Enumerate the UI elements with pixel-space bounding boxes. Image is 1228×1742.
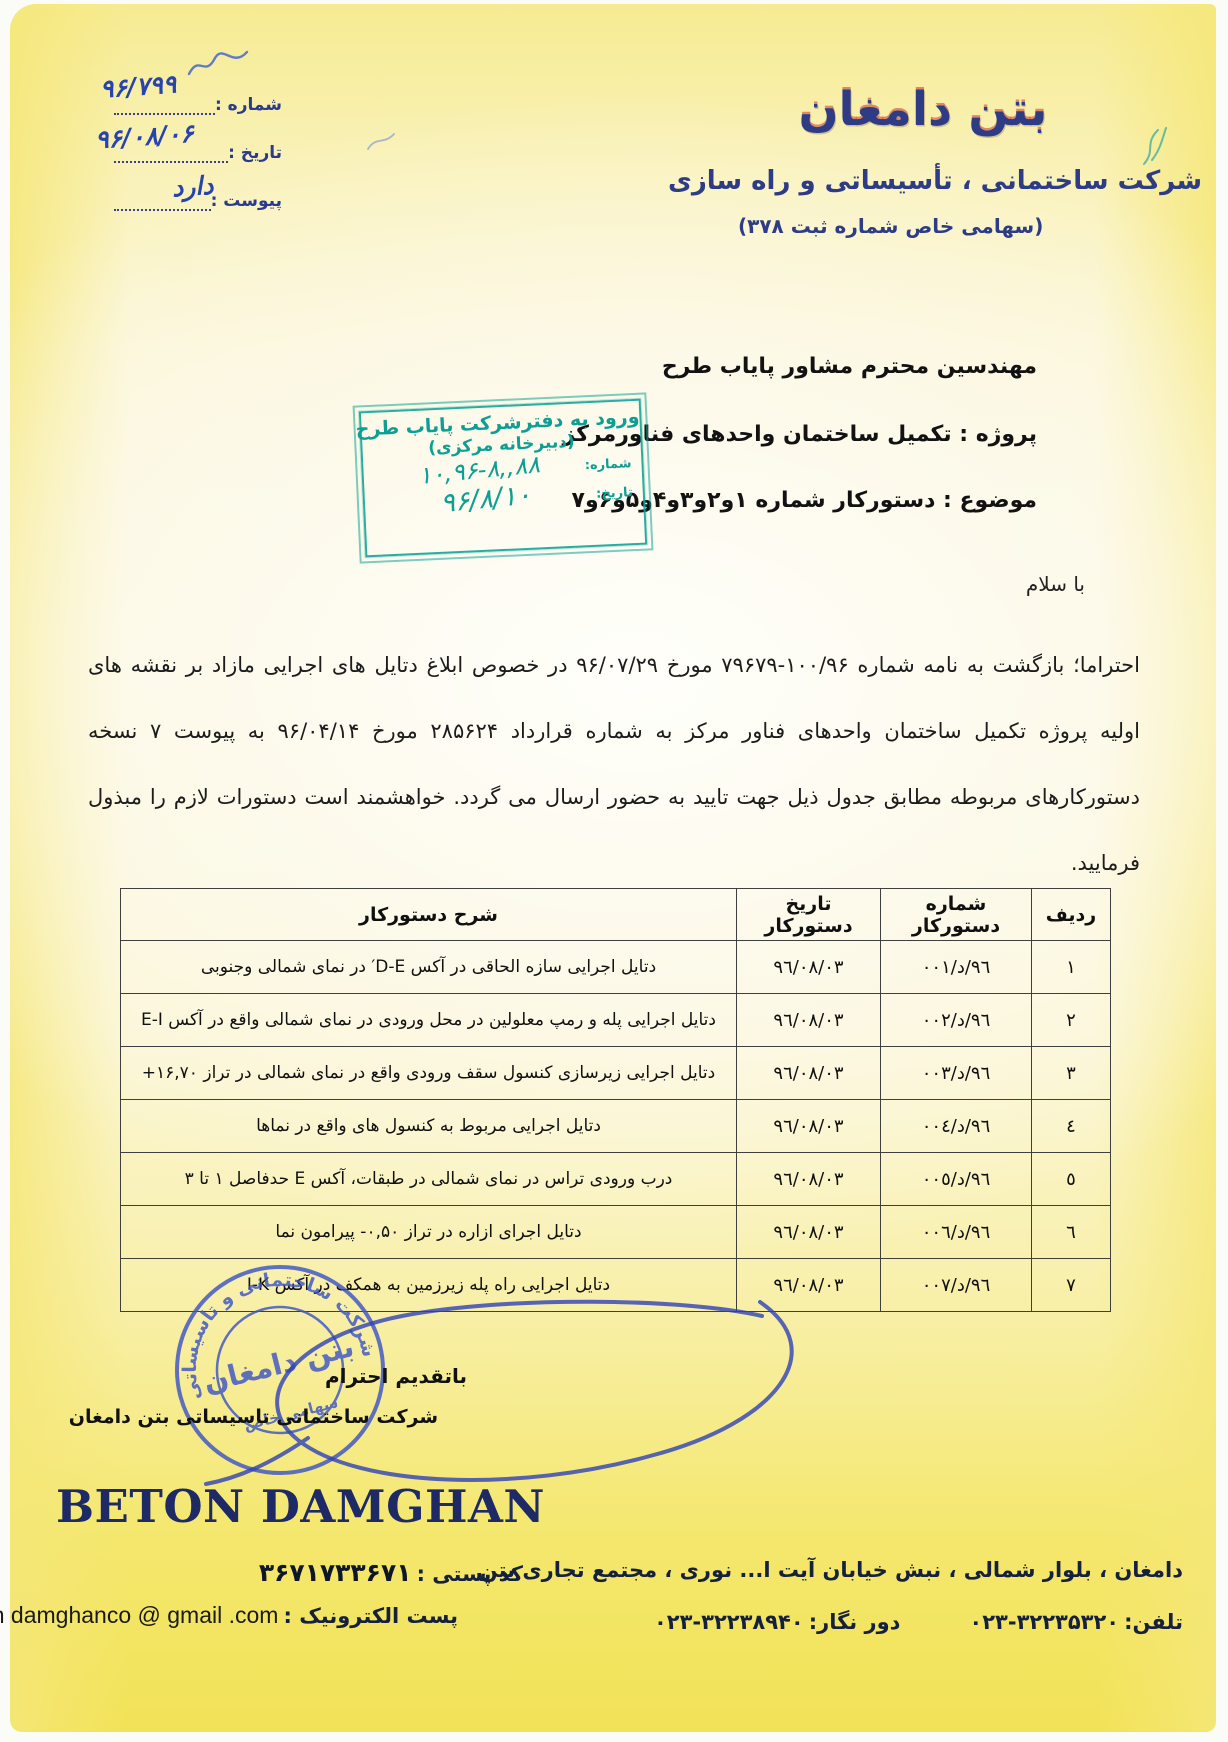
cell-order-date: ٩٦/٠٨/٠٣	[737, 1153, 881, 1206]
cell-order-number: ٩٦/د/٠٠٧	[881, 1259, 1032, 1312]
footer-email-value: Beton damghanco @ gmail .com	[0, 1602, 278, 1628]
work-orders-table: ردیف شماره دستورکار تاریخ دستورکار شرح د…	[120, 888, 1111, 1311]
letter-number-dotted-line	[114, 100, 215, 115]
cell-order-desc: دتایل اجرای ازاره در تراز ۰,۵۰- پیرامون …	[121, 1206, 737, 1259]
company-registration: (سهامی خاص شماره ثبت ۳۷۸)	[738, 214, 1028, 238]
cell-order-desc: دتایل اجرایی زیرسازی کنسول سقف ورودی واق…	[121, 1047, 737, 1100]
letter-date-label: تاریخ :	[228, 143, 282, 163]
table-row: ٤ ٩٦/د/٠٠٤ ٩٦/٠٨/٠٣ دتایل اجرایی مربوط ب…	[121, 1100, 1111, 1153]
brand-latin-title: BETON DAMGHAN	[56, 1480, 545, 1533]
footer-phone-fax-row: تلفن:۰۲۳-۳۲۲۳۵۳۲۰ دور نگار:۰۲۳-۳۲۲۳۸۹۴۰	[500, 1610, 1183, 1634]
entry-stamp-date-label: تاریخ:	[596, 485, 633, 502]
closing-company-line: شرکت ساختمانی تاسیساتی بتن دامغان	[108, 1406, 438, 1428]
company-type-subtitle: شرکت ساختمانی ، تأسیساتی و راه سازی	[668, 166, 1098, 196]
recipient-line: مهندسین محترم مشاور پایاب طرح	[477, 354, 1037, 379]
cell-order-desc: دتایل اجرایی سازه الحاقی در آکس D-E′ در …	[121, 941, 737, 994]
cell-order-number: ٩٦/د/٠٠٤	[881, 1100, 1032, 1153]
cell-order-date: ٩٦/٠٨/٠٣	[737, 1100, 881, 1153]
cell-order-number: ٩٦/د/٠٠٢	[881, 994, 1032, 1047]
cell-row-number: ٢	[1032, 994, 1111, 1047]
footer-phone-value: ۰۲۳-۳۲۲۳۵۳۲۰	[964, 1610, 1124, 1634]
body-paragraph: احتراما؛ بازگشت به نامه شماره ۱۰۰/۹۶-۷۹۶…	[88, 632, 1140, 896]
table-row: ٥ ٩٦/د/٠٠٥ ٩٦/٠٨/٠٣ درب ورودی تراس در نم…	[121, 1153, 1111, 1206]
table-row: ٢ ٩٦/د/٠٠٢ ٩٦/٠٨/٠٣ دتایل اجرایی پله و ر…	[121, 994, 1111, 1047]
footer-address: دامغان ، بلوار شمالی ، نبش خیابان آیت ا.…	[500, 1558, 1183, 1582]
col-header-order-number: شماره دستورکار	[881, 889, 1032, 941]
cell-row-number: ٥	[1032, 1153, 1111, 1206]
footer-phone: تلفن:۰۲۳-۳۲۲۳۵۳۲۰	[964, 1610, 1183, 1634]
cell-row-number: ٤	[1032, 1100, 1111, 1153]
col-header-order-date: تاریخ دستورکار	[737, 889, 881, 941]
cell-order-date: ٩٦/٠٨/٠٣	[737, 994, 881, 1047]
footer-phone-label: تلفن:	[1124, 1610, 1183, 1634]
entry-stamp-number-label: شماره:	[584, 456, 631, 473]
col-header-row-number: ردیف	[1032, 889, 1111, 941]
cell-row-number: ٦	[1032, 1206, 1111, 1259]
cell-order-date: ٩٦/٠٨/٠٣	[737, 941, 881, 994]
cell-order-date: ٩٦/٠٨/٠٣	[737, 1047, 881, 1100]
salutation: با سلام	[935, 572, 1085, 596]
letter-number-value: ۹۶/۷۹۹	[99, 69, 177, 103]
footer-postal-code: کد پستی : ۳۶۷۱۷۳۳۶۷۱	[248, 1558, 523, 1587]
letter-attachment-value: دارد	[171, 171, 214, 203]
company-name-title: بتن دامغان	[798, 82, 1048, 137]
footer-fax-value: ۰۲۳-۳۲۲۳۸۹۴۰	[649, 1610, 809, 1634]
cell-order-number: ٩٦/د/٠٠٣	[881, 1047, 1032, 1100]
scanned-letter-page: شماره : ۹۶/۷۹۹ تاریخ : ۹۶/۰۸/۰۶ پیوست : …	[0, 0, 1228, 1742]
entry-receipt-stamp: ورود به دفترشرکت پایاب طرح (دبیرخانه مرک…	[359, 399, 647, 558]
table-row: ٦ ٩٦/د/٠٠٦ ٩٦/٠٨/٠٣ دتایل اجرای ازاره در…	[121, 1206, 1111, 1259]
footer-postal-label: کد پستی :	[417, 1562, 523, 1586]
cell-order-desc: درب ورودی تراس در نمای شمالی در طبقات، آ…	[121, 1153, 737, 1206]
table-header-row: ردیف شماره دستورکار تاریخ دستورکار شرح د…	[121, 889, 1111, 941]
letter-number-label: شماره :	[215, 95, 282, 115]
footer-email: پست الکترونیک : Beton damghanco @ gmail …	[58, 1602, 458, 1629]
footer-fax: دور نگار:۰۲۳-۳۲۲۳۸۹۴۰	[649, 1610, 900, 1634]
table-row: ٣ ٩٦/د/٠٠٣ ٩٦/٠٨/٠٣ دتایل اجرایی زیرسازی…	[121, 1047, 1111, 1100]
ink-squiggle-right-icon	[1136, 120, 1170, 168]
cell-order-date: ٩٦/٠٨/٠٣	[737, 1206, 881, 1259]
cell-order-number: ٩٦/د/٠٠١	[881, 941, 1032, 994]
cell-row-number: ٣	[1032, 1047, 1111, 1100]
col-header-order-desc: شرح دستورکار	[121, 889, 737, 941]
footer-email-label: پست الکترونیک :	[284, 1604, 458, 1628]
footer-postal-value: ۳۶۷۱۷۳۳۶۷۱	[255, 1558, 412, 1587]
cell-order-number: ٩٦/د/٠٠٥	[881, 1153, 1032, 1206]
handwritten-signature	[190, 1280, 850, 1510]
ink-mark-small-icon	[366, 130, 396, 154]
ink-squiggle-top-icon	[185, 46, 251, 82]
cell-order-number: ٩٦/د/٠٠٦	[881, 1206, 1032, 1259]
cell-order-desc: دتایل اجرایی پله و رمپ معلولین در محل ور…	[121, 994, 737, 1047]
cell-order-desc: دتایل اجرایی مربوط به کنسول های واقع در …	[121, 1100, 737, 1153]
closing-respect-line: باتقدیم احترام	[305, 1364, 467, 1388]
cell-row-number: ١	[1032, 941, 1111, 994]
footer-fax-label: دور نگار:	[809, 1610, 901, 1634]
letter-attachment-label: پیوست :	[211, 191, 282, 211]
cell-row-number: ٧	[1032, 1259, 1111, 1312]
table-row: ١ ٩٦/د/٠٠١ ٩٦/٠٨/٠٣ دتایل اجرایی سازه ال…	[121, 941, 1111, 994]
